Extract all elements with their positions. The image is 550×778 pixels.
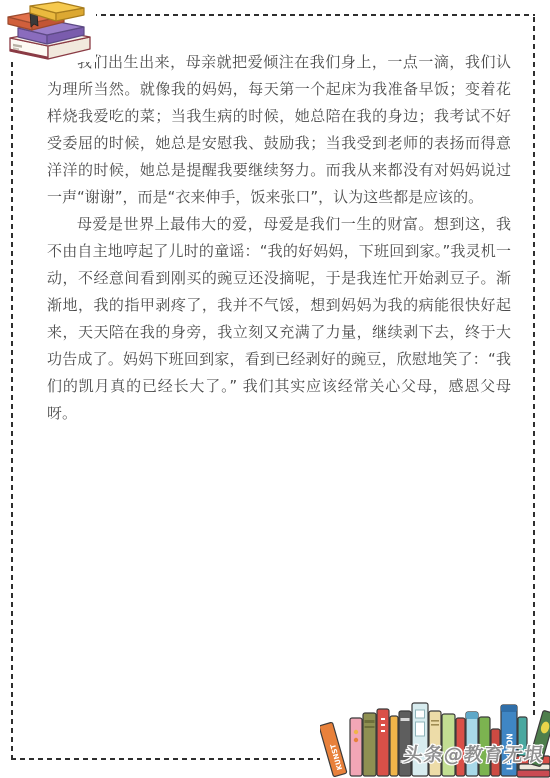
essay-paragraph: 我们出生出来，母亲就把爱倾注在我们身上，一点一滴，我们认为理所当然。就像我的妈妈… [47,49,511,211]
page-border-right [533,14,535,760]
watermark: 头条@教育无垠 [402,740,546,767]
page-border-left [11,14,13,760]
book-stack-icon [0,0,98,66]
essay-paragraph: 母爱是世界上最伟大的爱，母爱是我们一生的财富。想到这，我不由自主地哼起了儿时的童… [47,211,511,427]
essay-text: 我们出生出来，母亲就把爱倾注在我们身上，一点一滴，我们认为理所当然。就像我的妈妈… [47,49,511,427]
